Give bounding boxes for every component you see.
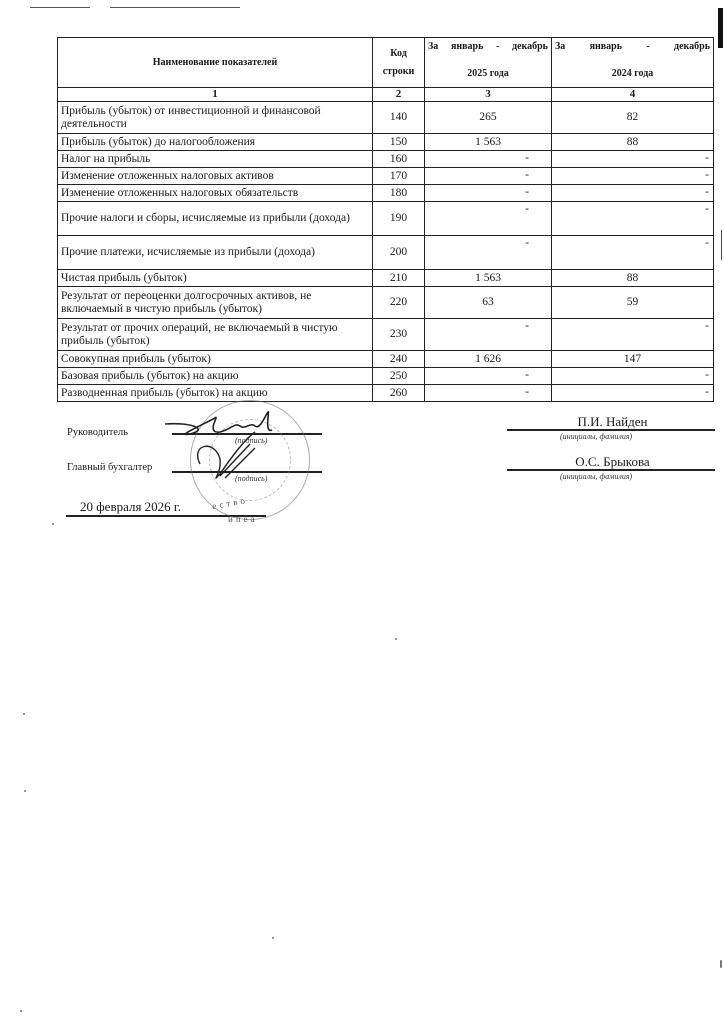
header-text: январь	[590, 40, 622, 53]
scan-edge	[718, 8, 723, 48]
signature-scribble	[160, 404, 300, 494]
header-text: За	[555, 40, 565, 53]
row-value-2024: 88	[552, 270, 714, 287]
row-indicator-name: Совокупная прибыль (убыток)	[58, 351, 373, 368]
row-value-2024: -	[552, 151, 714, 168]
table-row: Чистая прибыль (убыток)2101 56388	[58, 270, 714, 287]
row-value-2025: 63	[425, 287, 552, 319]
row-indicator-name: Разводненная прибыль (убыток) на акцию	[58, 385, 373, 402]
header-year: 2024 года	[555, 67, 710, 80]
row-value-2025: 1 626	[425, 351, 552, 368]
accountant-label: Главный бухгалтер	[67, 462, 152, 473]
header-indicator-name: Наименование показателей	[58, 38, 373, 88]
row-value-2024: -	[552, 319, 714, 351]
table-row: Результат от переоценки долгосрочных акт…	[58, 287, 714, 319]
row-line-code: 160	[373, 151, 425, 168]
row-indicator-name: Базовая прибыль (убыток) на акцию	[58, 368, 373, 385]
header-period-2025: За январь - декабрь 2025 года	[425, 38, 552, 88]
row-line-code: 250	[373, 368, 425, 385]
row-indicator-name: Прибыль (убыток) до налогообложения	[58, 134, 373, 151]
header-text: декабрь	[674, 40, 710, 53]
header-text: За	[428, 40, 438, 53]
row-value-2025: -	[425, 368, 552, 385]
row-indicator-name: Прочие налоги и сборы, исчисляемые из пр…	[58, 202, 373, 236]
table-row: Разводненная прибыль (убыток) на акцию26…	[58, 385, 714, 402]
row-value-2025: -	[425, 319, 552, 351]
table-row: Результат от прочих операций, не включае…	[58, 319, 714, 351]
row-line-code: 150	[373, 134, 425, 151]
row-value-2025: 1 563	[425, 134, 552, 151]
row-value-2025: -	[425, 185, 552, 202]
row-value-2024: 59	[552, 287, 714, 319]
row-value-2025: -	[425, 385, 552, 402]
row-line-code: 230	[373, 319, 425, 351]
header-period-2024: За январь - декабрь 2024 года	[552, 38, 714, 88]
row-value-2025: -	[425, 202, 552, 236]
accountant-name-caption: (инициалы, фамилия)	[560, 472, 632, 481]
row-indicator-name: Прибыль (убыток) от инвестиционной и фин…	[58, 102, 373, 134]
row-indicator-name: Налог на прибыль	[58, 151, 373, 168]
row-value-2025: -	[425, 236, 552, 270]
table-row: Базовая прибыль (убыток) на акцию250--	[58, 368, 714, 385]
scan-speck	[395, 638, 397, 640]
row-indicator-name: Результат от переоценки долгосрочных акт…	[58, 287, 373, 319]
row-value-2024: -	[552, 368, 714, 385]
row-value-2024: -	[552, 185, 714, 202]
row-value-2024: -	[552, 236, 714, 270]
table-row: Изменение отложенных налоговых обязатель…	[58, 185, 714, 202]
row-line-code: 260	[373, 385, 425, 402]
accountant-name: О.С. Брыкова	[510, 454, 715, 470]
column-number-row: 1 2 3 4	[58, 88, 714, 102]
scan-speck	[720, 960, 722, 968]
header-line-code: Код строки	[373, 38, 425, 88]
table-row: Налог на прибыль160--	[58, 151, 714, 168]
row-value-2024: -	[552, 168, 714, 185]
column-number: 2	[373, 88, 425, 102]
table-row: Изменение отложенных налоговых активов17…	[58, 168, 714, 185]
header-year: 2025 года	[428, 67, 548, 80]
table-row: Совокупная прибыль (убыток)2401 626147	[58, 351, 714, 368]
head-name-caption: (инициалы, фамилия)	[560, 432, 632, 441]
header-text: -	[646, 40, 649, 53]
column-number: 1	[58, 88, 373, 102]
row-indicator-name: Результат от прочих операций, не включае…	[58, 319, 373, 351]
scan-speck	[24, 790, 26, 792]
header-text: -	[496, 40, 499, 53]
row-value-2025: -	[425, 151, 552, 168]
stamp-text: ипёа	[228, 514, 258, 524]
scan-artifact	[110, 7, 240, 8]
signing-date: 20 февраля 2026 г.	[80, 499, 181, 515]
row-line-code: 220	[373, 287, 425, 319]
scan-edge	[721, 230, 722, 260]
column-number: 4	[552, 88, 714, 102]
table-row: Прочие платежи, исчисляемые из прибыли (…	[58, 236, 714, 270]
row-value-2025: -	[425, 168, 552, 185]
table-row: Прочие налоги и сборы, исчисляемые из пр…	[58, 202, 714, 236]
scan-speck	[52, 523, 54, 525]
row-line-code: 170	[373, 168, 425, 185]
scan-speck	[23, 713, 25, 715]
head-name: П.И. Найден	[510, 414, 715, 430]
row-line-code: 240	[373, 351, 425, 368]
accountant-name-line	[507, 469, 715, 471]
row-value-2024: 88	[552, 134, 714, 151]
row-indicator-name: Чистая прибыль (убыток)	[58, 270, 373, 287]
row-indicator-name: Изменение отложенных налоговых обязатель…	[58, 185, 373, 202]
row-line-code: 180	[373, 185, 425, 202]
scan-speck	[272, 937, 274, 939]
row-value-2024: 147	[552, 351, 714, 368]
row-indicator-name: Изменение отложенных налоговых активов	[58, 168, 373, 185]
row-line-code: 140	[373, 102, 425, 134]
row-line-code: 190	[373, 202, 425, 236]
header-text: декабрь	[512, 40, 548, 53]
row-value-2024: -	[552, 202, 714, 236]
table-row: Прибыль (убыток) до налогообложения1501 …	[58, 134, 714, 151]
row-line-code: 210	[373, 270, 425, 287]
header-text: январь	[451, 40, 483, 53]
table-row: Прибыль (убыток) от инвестиционной и фин…	[58, 102, 714, 134]
head-name-line	[507, 429, 715, 431]
financial-results-table: Наименование показателей Код строки За я…	[57, 37, 714, 402]
head-label: Руководитель	[67, 427, 128, 438]
row-line-code: 200	[373, 236, 425, 270]
row-value-2025: 265	[425, 102, 552, 134]
scan-artifact	[30, 7, 90, 8]
column-number: 3	[425, 88, 552, 102]
row-value-2024: 82	[552, 102, 714, 134]
row-value-2025: 1 563	[425, 270, 552, 287]
row-indicator-name: Прочие платежи, исчисляемые из прибыли (…	[58, 236, 373, 270]
scan-speck	[20, 1010, 22, 1012]
row-value-2024: -	[552, 385, 714, 402]
